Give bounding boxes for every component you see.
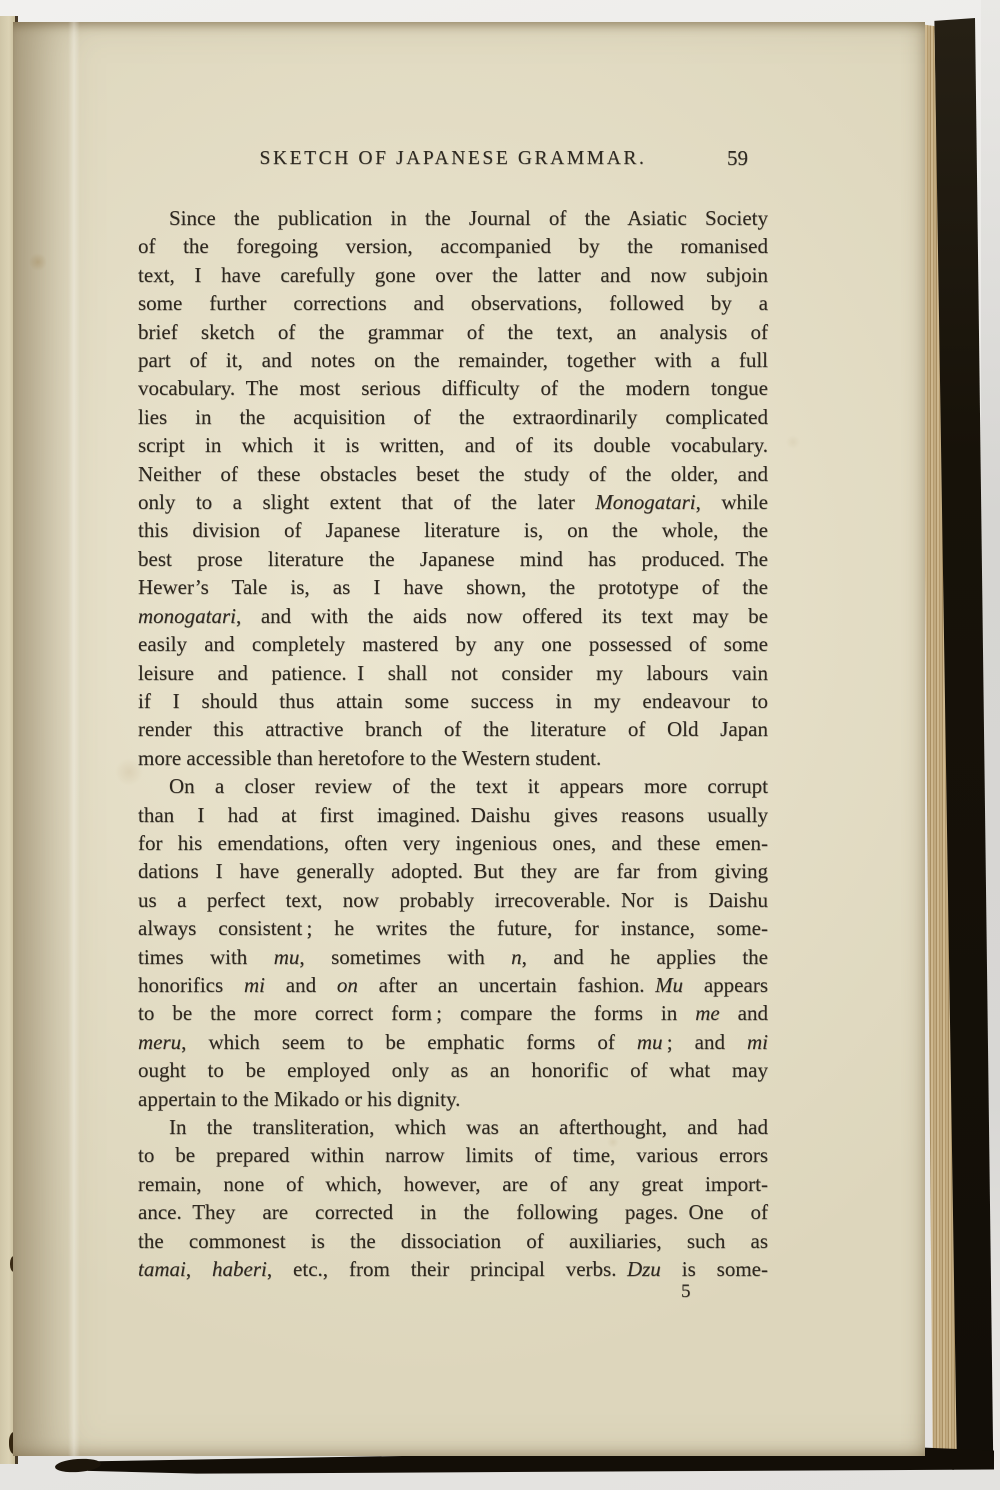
text-line: lies in the acquisition of the extraordi… bbox=[138, 403, 768, 431]
text-line: On a closer review of the text it appear… bbox=[138, 772, 768, 800]
text-line: of the foregoing version, accompanied by… bbox=[138, 232, 768, 260]
text-line: Since the publication in the Journal of … bbox=[138, 204, 768, 232]
text-line: always consistent ; he writes the future… bbox=[138, 914, 768, 942]
text-line: honorifics mi and on after an uncertain … bbox=[138, 971, 768, 999]
text-line: appertain to the Mikado or his dignity. bbox=[138, 1085, 768, 1113]
text-line: Hewer’s Tale is, as I have shown, the pr… bbox=[138, 573, 768, 601]
running-header: SKETCH OF JAPANESE GRAMMAR. 59 bbox=[138, 148, 768, 178]
text-line: if I should thus attain some success in … bbox=[138, 687, 768, 715]
text-line: for his emendations, often very ingeniou… bbox=[138, 829, 768, 857]
body-text: Since the publication in the Journal of … bbox=[138, 204, 768, 1283]
text-line: to be the more correct form ; compare th… bbox=[138, 999, 768, 1027]
text-line: ought to be employed only as an honorifi… bbox=[138, 1056, 768, 1084]
text-line: In the transliteration, which was an aft… bbox=[138, 1113, 768, 1141]
text-line: ance. They are corrected in the followin… bbox=[138, 1198, 768, 1226]
text-line: brief sketch of the grammar of the text,… bbox=[138, 318, 768, 346]
text-line: only to a slight extent that of the late… bbox=[138, 488, 768, 516]
text-line: dations I have generally adopted. But th… bbox=[138, 857, 768, 885]
text-line: Neither of these obstacles beset the stu… bbox=[138, 460, 768, 488]
text-line: the commonest is the dissociation of aux… bbox=[138, 1227, 768, 1255]
text-line: monogatari, and with the aids now offere… bbox=[138, 602, 768, 630]
text-line: than I had at first imagined. Daishu giv… bbox=[138, 801, 768, 829]
book-page: SKETCH OF JAPANESE GRAMMAR. 59 Since the… bbox=[13, 22, 925, 1456]
signature-mark: 5 bbox=[681, 1281, 691, 1303]
bottom-edge-smudge bbox=[55, 1457, 102, 1473]
text-line: leisure and patience. I shall not consid… bbox=[138, 659, 768, 687]
text-line: script in which it is written, and of it… bbox=[138, 431, 768, 459]
text-line: tamai, haberi, etc., from their principa… bbox=[138, 1255, 768, 1283]
text-line: meru, which seem to be emphatic forms of… bbox=[138, 1028, 768, 1056]
text-line: easily and completely mastered by any on… bbox=[138, 630, 768, 658]
text-line: us a perfect text, now probably irrecove… bbox=[138, 886, 768, 914]
text-line: best prose literature the Japanese mind … bbox=[138, 545, 768, 573]
text-line: more accessible than heretofore to the W… bbox=[138, 744, 768, 772]
text-line: render this attractive branch of the lit… bbox=[138, 715, 768, 743]
text-line: part of it, and notes on the remainder, … bbox=[138, 346, 768, 374]
page-title: SKETCH OF JAPANESE GRAMMAR. bbox=[138, 148, 768, 170]
page-number: 59 bbox=[727, 146, 748, 171]
text-line: some further corrections and observation… bbox=[138, 289, 768, 317]
text-line: vocabulary. The most serious difficulty … bbox=[138, 374, 768, 402]
text-line: this division of Japanese literature is,… bbox=[138, 516, 768, 544]
text-line: to be prepared within narrow limits of t… bbox=[138, 1141, 768, 1169]
text-line: times with mu, sometimes with n, and he … bbox=[138, 943, 768, 971]
book-photo: { "page": { "header": { "title": "SKETCH… bbox=[0, 0, 1000, 1490]
text-line: text, I have carefully gone over the lat… bbox=[138, 261, 768, 289]
text-line: remain, none of which, however, are of a… bbox=[138, 1170, 768, 1198]
